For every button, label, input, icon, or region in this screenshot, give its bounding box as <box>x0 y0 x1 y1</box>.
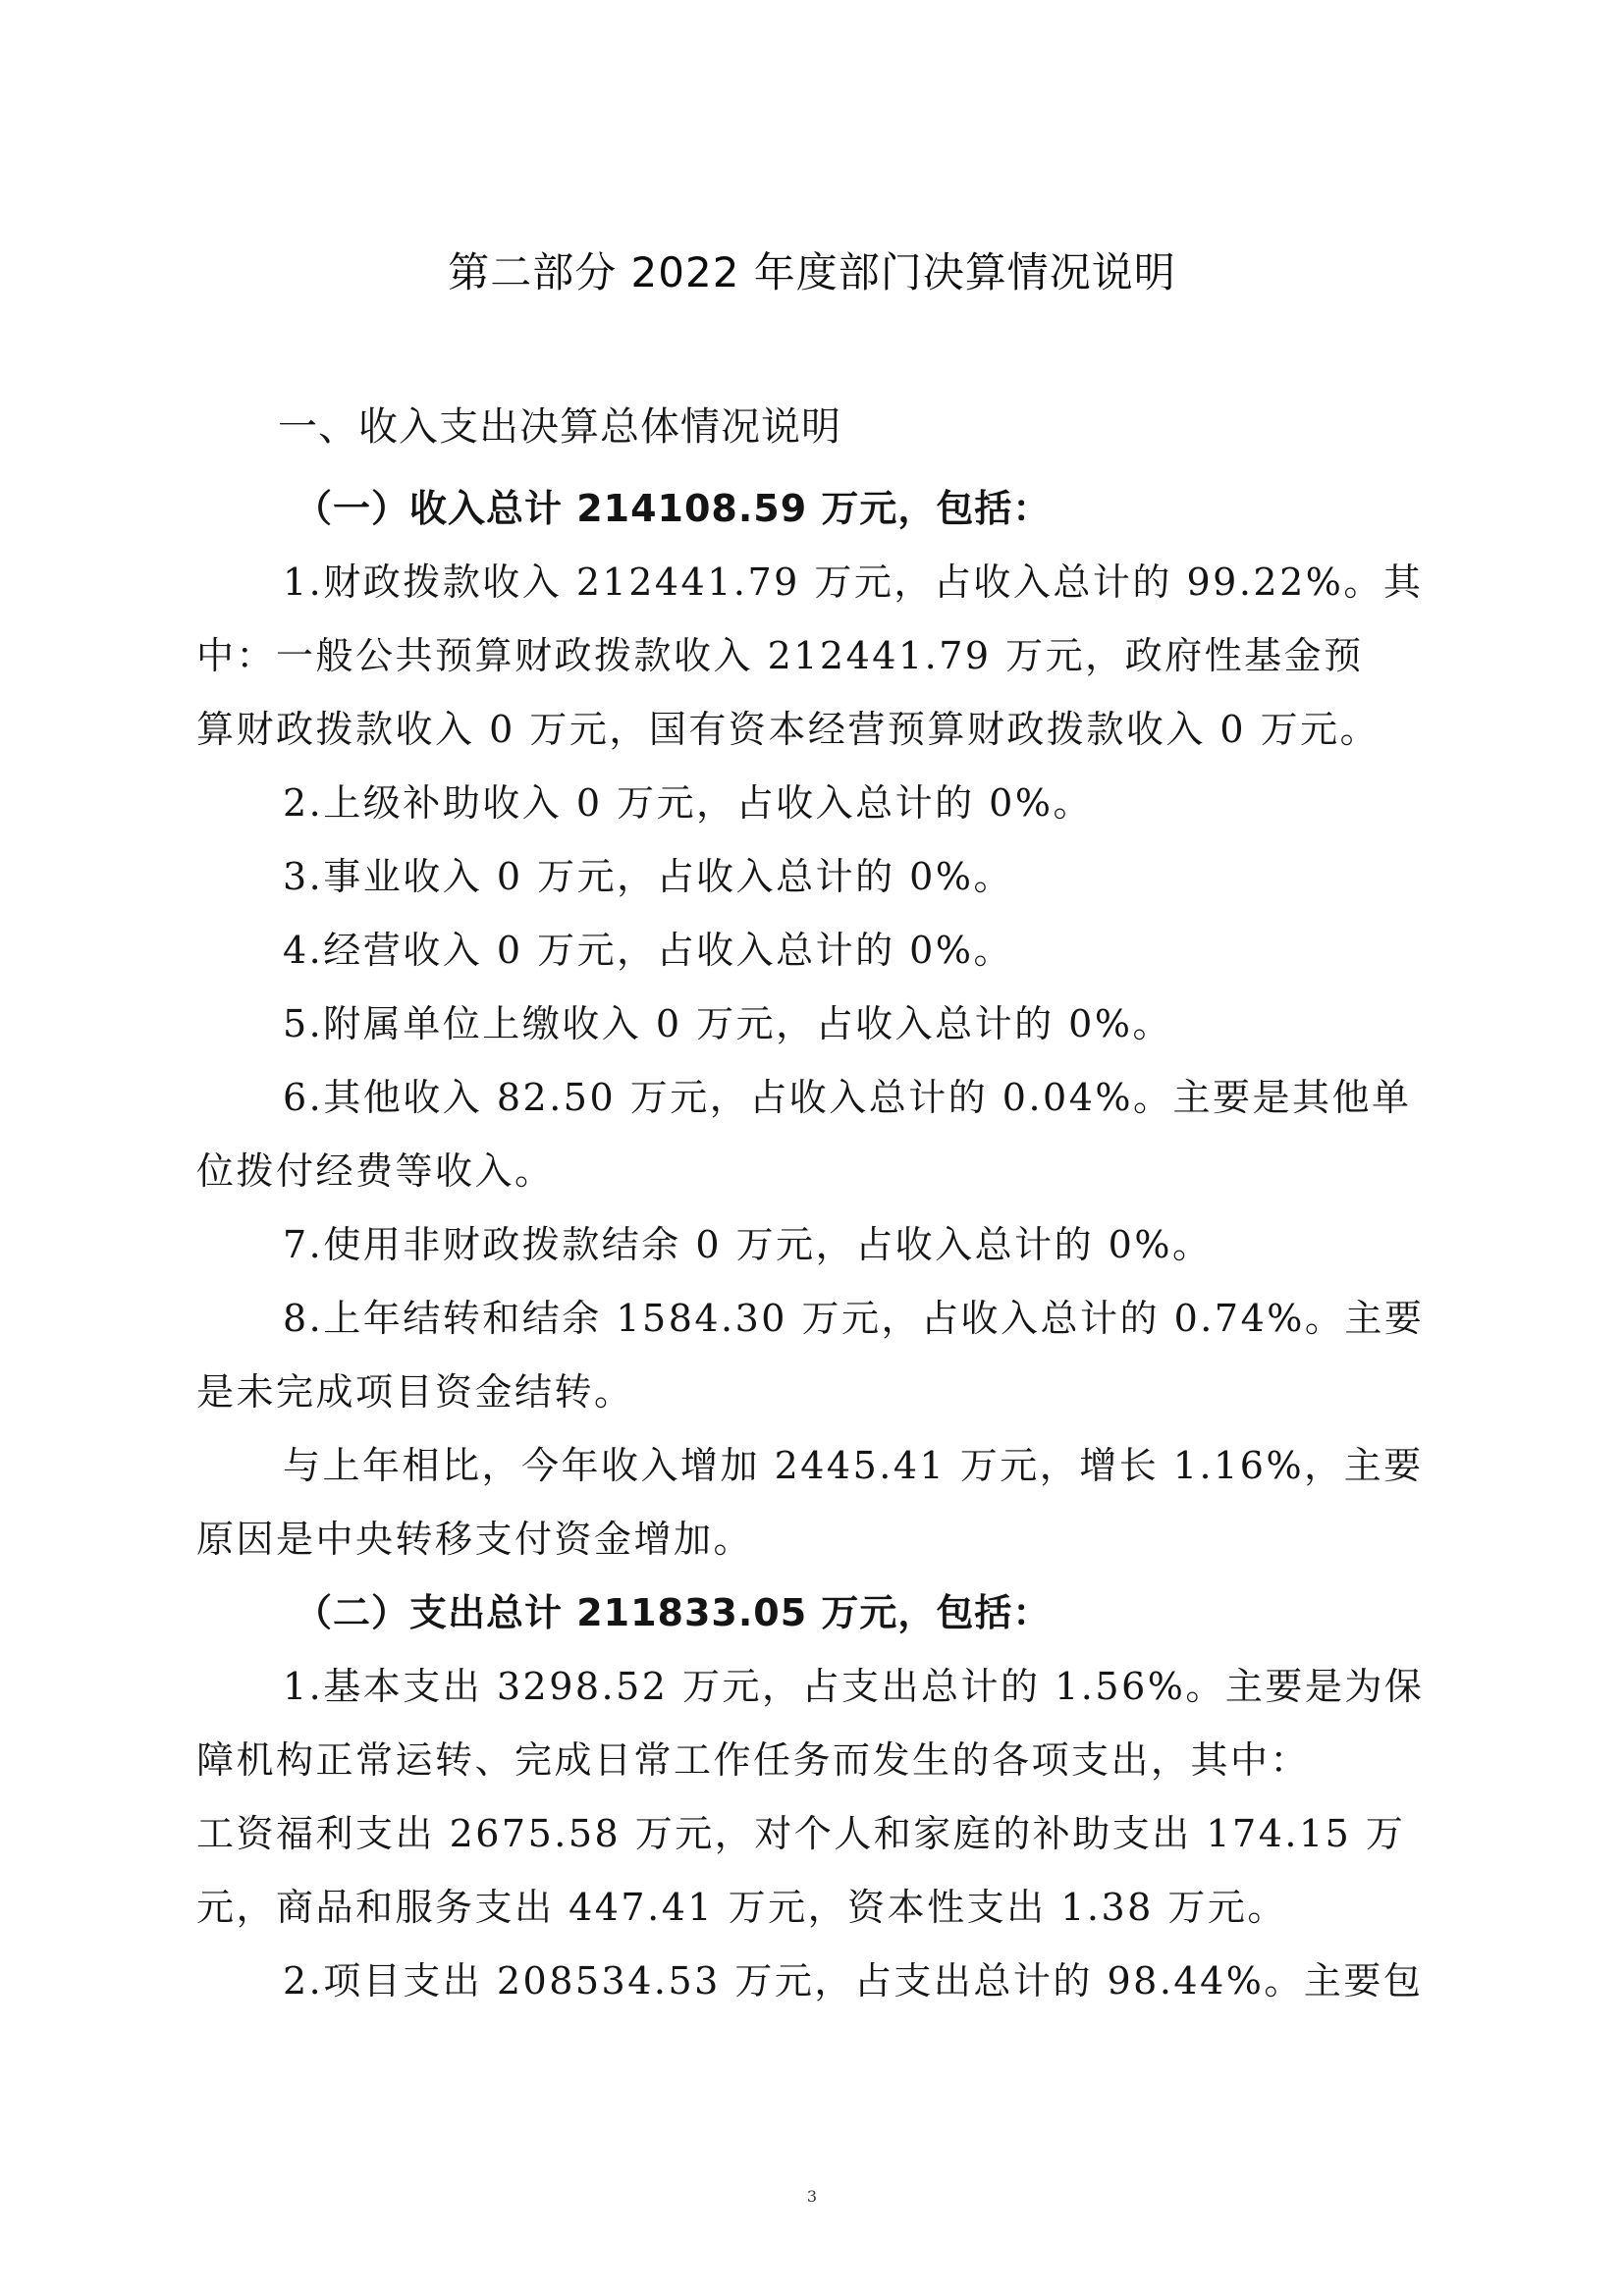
page-title: 第二部分 2022 年度部门决算情况说明 <box>0 243 1624 302</box>
income-line-8: 6.其他收入 82.50 万元，占收入总计的 0.04%。主要是其他单 <box>283 1073 1530 1122</box>
expense-line-4: 元，商品和服务支出 447.41 万元，资本性支出 1.38 万元。 <box>196 1883 1443 1932</box>
expense-heading: （二）支出总计 211833.05 万元，包括： <box>295 1588 1542 1637</box>
income-line-12: 是未完成项目资金结转。 <box>196 1367 1443 1416</box>
income-line-9: 位拨付经费等收入。 <box>196 1147 1443 1196</box>
income-line-4: 2.上级补助收入 0 万元，占收入总计的 0%。 <box>283 778 1530 828</box>
income-line-10: 7.使用非财政拨款结余 0 万元，占收入总计的 0%。 <box>283 1220 1530 1269</box>
expense-line-3: 工资福利支出 2675.58 万元，对个人和家庭的补助支出 174.15 万 <box>196 1809 1443 1858</box>
income-line-2: 中：一般公共预算财政拨款收入 212441.79 万元，政府性基金预 <box>196 631 1443 680</box>
income-line-3: 算财政拨款收入 0 万元，国有资本经营预算财政拨款收入 0 万元。 <box>196 705 1443 754</box>
expense-line-1: 1.基本支出 3298.52 万元，占支出总计的 1.56%。主要是为保 <box>283 1662 1530 1711</box>
expense-line-2: 障机构正常运转、完成日常工作任务而发生的各项支出，其中： <box>196 1735 1443 1785</box>
page-number: 3 <box>0 2187 1624 2206</box>
income-line-5: 3.事业收入 0 万元，占收入总计的 0%。 <box>283 852 1530 901</box>
document-page: 第二部分 2022 年度部门决算情况说明 一、收入支出决算总体情况说明 （一）收… <box>0 0 1624 2296</box>
expense-line-5: 2.项目支出 208534.53 万元，占支出总计的 98.44%。主要包 <box>283 1956 1530 2005</box>
income-line-1: 1.财政拨款收入 212441.79 万元，占收入总计的 99.22%。其 <box>283 558 1530 607</box>
income-line-6: 4.经营收入 0 万元，占收入总计的 0%。 <box>283 926 1530 975</box>
income-line-11: 8.上年结转和结余 1584.30 万元，占收入总计的 0.74%。主要 <box>283 1294 1530 1343</box>
income-line-7: 5.附属单位上缴收入 0 万元，占收入总计的 0%。 <box>283 999 1530 1048</box>
income-heading: （一）收入总计 214108.59 万元，包括： <box>295 484 1542 533</box>
income-line-13: 与上年相比，今年收入增加 2445.41 万元，增长 1.16%，主要 <box>283 1441 1530 1490</box>
income-line-14: 原因是中央转移支付资金增加。 <box>196 1515 1443 1564</box>
section-heading: 一、收入支出决算总体情况说明 <box>278 402 1525 452</box>
